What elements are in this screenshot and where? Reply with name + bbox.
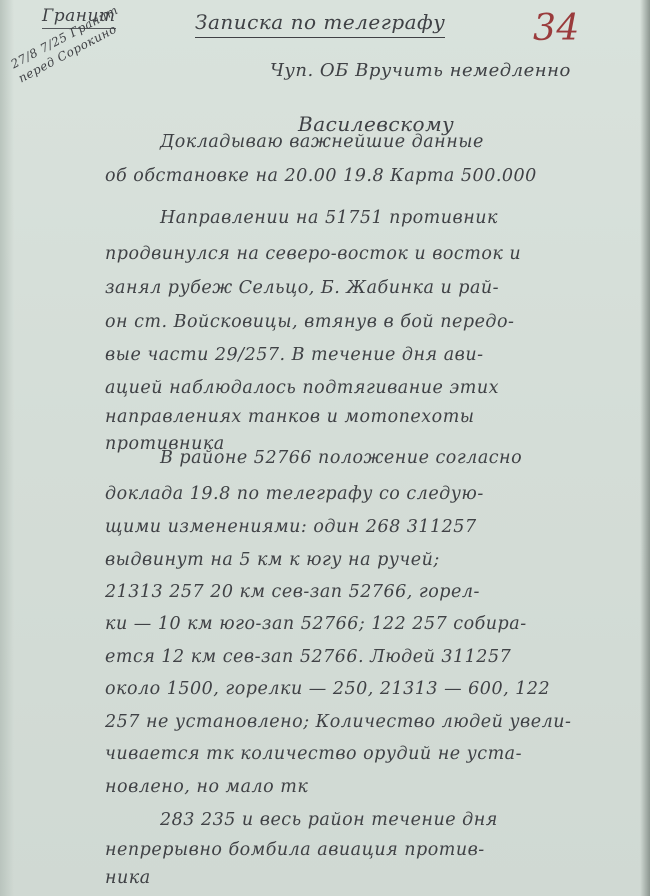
text-line: 283 235 и весь район течение дня [160,810,498,830]
text-line: щими изменениями: один 268 311257 [105,517,477,537]
text-line: ки — 10 км юго-зап 52766; 122 257 собира… [105,614,527,634]
document-title: Записка по телеграфу [195,10,445,38]
document-page: Гранит 27/8 7/25 Гранит перед Сорокино З… [0,0,650,896]
text-line: доклада 19.8 по телеграфу со следую- [105,484,484,504]
text-line: продвинулся на северо-восток и восток и [105,244,521,264]
text-line: выдвинут на 5 км к югу на ручей; [105,550,440,570]
text-line: около 1500, горелки — 250, 21313 — 600, … [105,679,550,699]
header-line: Чуп. ОБ Вручить немедленно [270,60,571,81]
text-line: В районе 52766 положение согласно [160,448,522,468]
text-line: чивается тк количество орудий не уста- [105,744,522,764]
text-line: ется 12 км сев-зап 52766. Людей 311257 [105,647,511,667]
text-line: об обстановке на 20.00 19.8 Карта 500.00… [105,166,537,186]
text-line: вые части 29/257. В течение дня ави- [105,345,484,365]
text-line: новлено, но мало тк [105,777,308,797]
text-line: он ст. Войсковицы, втянув в бой передо- [105,312,514,332]
text-line: ника [105,868,151,888]
text-line: ацией наблюдалось подтягивание этих [105,378,499,398]
page-number: 34 [533,8,580,49]
text-line: непрерывно бомбила авиация против- [105,840,485,860]
text-line: направлениях танков и мотопехоты [105,407,475,427]
text-line: Направлении на 51751 противник [160,208,498,228]
text-line: занял рубеж Сельцо, Б. Жабинка и рай- [105,278,499,298]
text-line: 21313 257 20 км сев-зап 52766, горел- [105,582,480,602]
text-line: 257 не установлено; Количество людей уве… [105,712,571,732]
text-line: Докладываю важнейшие данные [160,132,484,152]
